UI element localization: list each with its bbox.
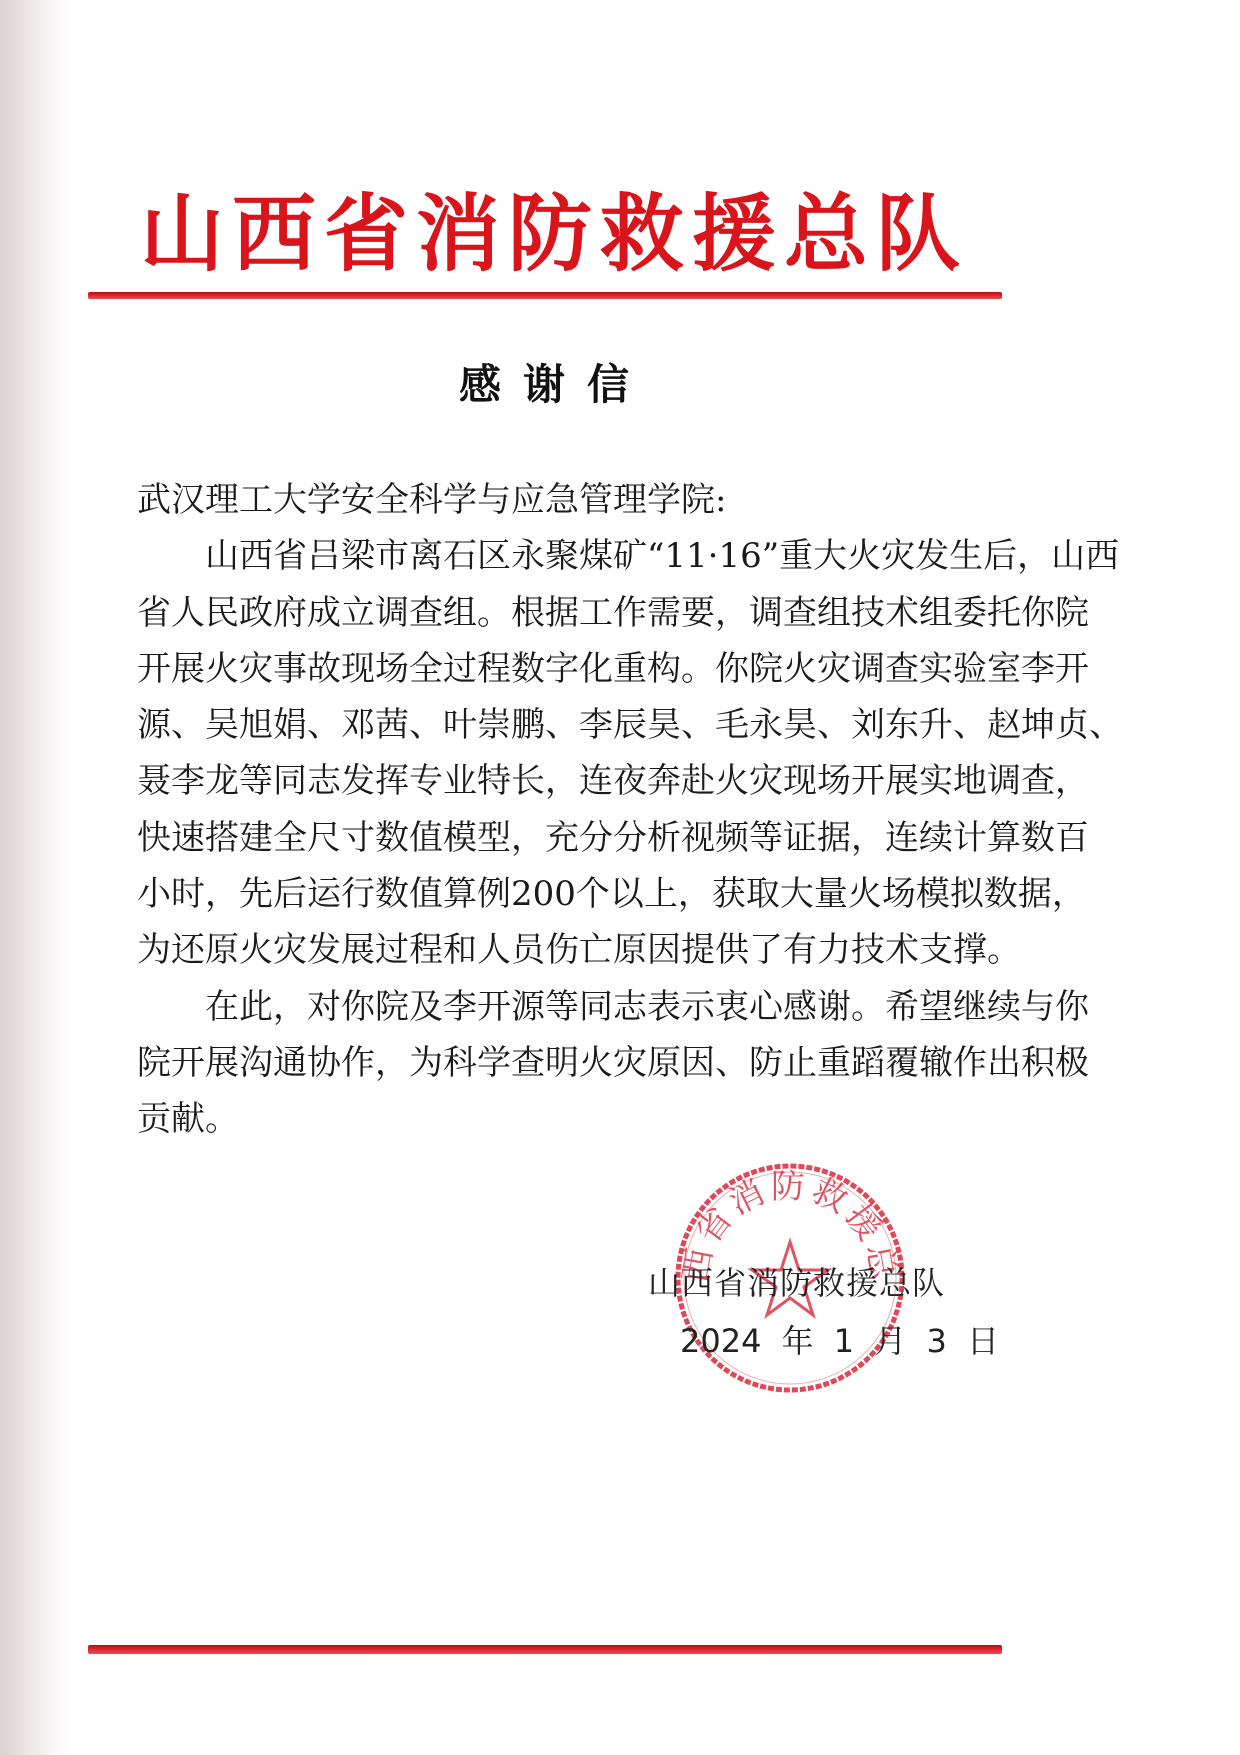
masthead-char: 总 xyxy=(784,186,868,282)
signature-organization: 山西省消防救援总队 xyxy=(648,1258,945,1304)
body-line: 快速搭建全尺寸数值模型，充分分析视频等证据，连续计算数百 xyxy=(137,810,979,866)
body-line: 开展火灾事故现场全过程数字化重构。你院火灾调查实验室李开 xyxy=(137,641,979,697)
body-line: 山西省吕梁市离石区永聚煤矿“11·16”重大火灾发生后，山西 xyxy=(137,528,979,584)
footer-red-rule xyxy=(88,1645,1002,1654)
body-line: 为还原火灾发展过程和人员伤亡原因提供了有力技术支撑。 xyxy=(137,922,979,978)
header-red-rule xyxy=(88,292,1002,299)
masthead-char: 防 xyxy=(508,186,592,282)
letterhead-masthead: 山 西 省 消 防 救 援 总 队 xyxy=(140,186,960,282)
masthead-char: 队 xyxy=(876,186,960,282)
masthead-char: 省 xyxy=(324,186,408,282)
body-line: 聂李龙等同志发挥专业特长，连夜奔赴火灾现场开展实地调查， xyxy=(137,753,979,809)
scan-edge-shadow xyxy=(0,0,70,1755)
body-line: 省人民政府成立调查组。根据工作需要，调查组技术组委托你院 xyxy=(137,585,979,641)
body-line: 小时，先后运行数值算例200个以上，获取大量火场模拟数据， xyxy=(137,866,979,922)
masthead-char: 山 xyxy=(140,186,224,282)
letter-title: 感谢信 xyxy=(0,352,1110,412)
masthead-char: 援 xyxy=(692,186,776,282)
body-line: 源、吴旭娟、邓茜、叶崇鹏、李辰昊、毛永昊、刘东升、赵坤贞、 xyxy=(137,697,979,753)
salutation: 武汉理工大学安全科学与应急管理学院: xyxy=(137,472,979,528)
masthead-char: 救 xyxy=(600,186,684,282)
masthead-char: 消 xyxy=(416,186,500,282)
signature-date: 2024 年 1 月 3 日 xyxy=(680,1316,999,1362)
body-line: 在此，对你院及李开源等同志表示衷心感谢。希望继续与你 xyxy=(137,979,979,1035)
masthead-char: 西 xyxy=(232,186,316,282)
letter-body: 武汉理工大学安全科学与应急管理学院: 山西省吕梁市离石区永聚煤矿“11·16”重… xyxy=(137,472,979,1148)
body-line: 院开展沟通协作，为科学查明火灾原因、防止重蹈覆辙作出积极 xyxy=(137,1035,979,1091)
body-line: 贡献。 xyxy=(137,1091,979,1147)
